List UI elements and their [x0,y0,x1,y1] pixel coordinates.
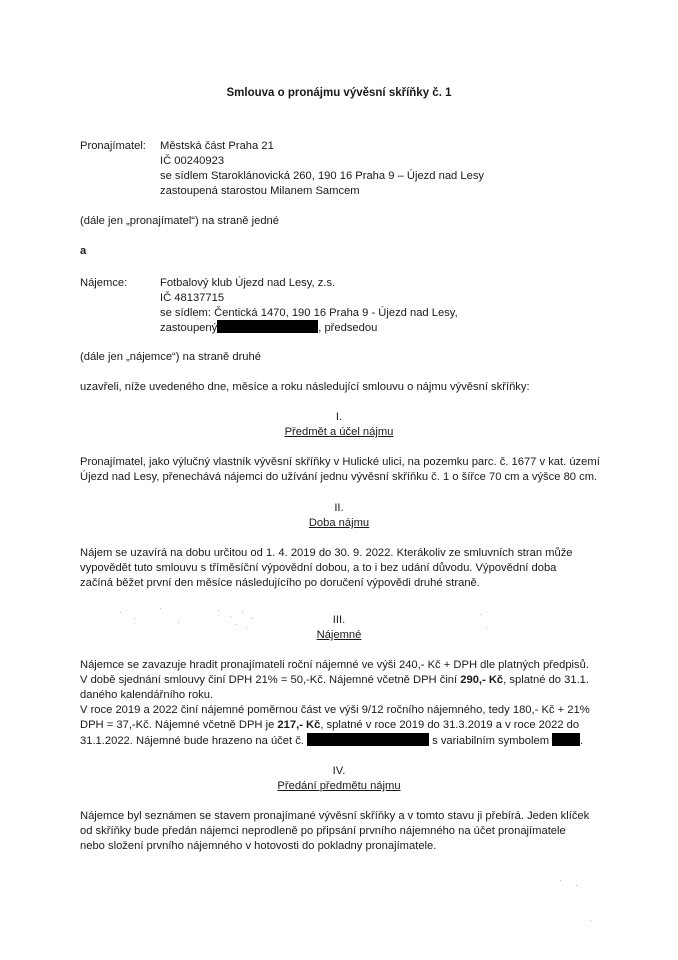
landlord-label: Pronajímatel: [80,139,146,153]
section-1-text-line-1: Pronajímatel, jako výlučný vlastník vývě… [80,455,600,469]
tenant-represented: zastoupený, předsedou [160,320,377,335]
section-4-text-line-1: Nájemce byl seznámen se stavem pronajíma… [80,809,589,823]
tenant-address: se sídlem: Čentická 1470, 190 16 Praha 9… [160,306,458,320]
landlord-name: Městská část Praha 21 [160,139,274,153]
landlord-ico: IČ 00240923 [160,154,224,168]
section-4-text-line-3: nebo složení prvního nájemného v hotovos… [80,839,436,853]
redacted-name [217,320,318,333]
and-separator: a [80,244,86,258]
section-3-p1-line-1: Nájemce se zavazuje hradit pronajímateli… [80,658,589,672]
section-3-p1-line-2: V době sjednání smlouvy činí DPH 21% = 5… [80,673,589,687]
tenant-note: (dále jen „nájemce“) na straně druhé [80,350,261,364]
section-3-p1-line-3: daného kalendářního roku. [80,688,213,702]
tenant-name: Fotbalový klub Újezd nad Lesy, z.s. [160,276,335,290]
landlord-note: (dále jen „pronajímatel“) na straně jedn… [80,214,279,228]
section-1-heading: Předmět a účel nájmu [0,425,678,439]
redacted-variable-symbol [552,733,580,746]
section-3-number: III. [0,613,678,627]
tenant-label: Nájemce: [80,276,127,290]
section-2-text-line-1: Nájem se uzavírá na dobu určitou od 1. 4… [80,546,573,560]
section-2-text-line-3: začíná běžet první den měsíce následujíc… [80,576,480,590]
section-2-number: II. [0,501,678,515]
section-2-text-line-2: vypovědět tuto smlouvu s tříměsíční výpo… [80,561,556,575]
tenant-represented-suffix: , předsedou [318,322,377,334]
section-3-p2-line-3: 31.1.2022. Nájemné bude hrazeno na účet … [80,733,583,748]
section-4-text-line-2: od skříňky bude předán nájemci neprodlen… [80,824,566,838]
section-1-text-line-2: Újezd nad Lesy, přenechává nájemci do už… [80,470,597,484]
landlord-represented: zastoupená starostou Milanem Samcem [160,184,360,198]
section-3-heading: Nájemné [0,628,678,642]
document-title: Smlouva o pronájmu vývěsní skříňky č. 1 [0,86,678,100]
intro-text: uzavřeli, níže uvedeného dne, měsíce a r… [80,380,530,394]
section-4-heading: Předání předmětu nájmu [0,779,678,793]
annual-rent-total: 290,- Kč [460,674,503,686]
tenant-ico: IČ 48137715 [160,291,224,305]
tenant-represented-prefix: zastoupený [160,322,217,334]
partial-rent-total: 217,- Kč [277,719,320,731]
section-1-number: I. [0,410,678,424]
section-3-p2-line-2: DPH = 37,-Kč. Nájemné včetně DPH je 217,… [80,718,579,732]
section-4-number: IV. [0,764,678,778]
landlord-address: se sídlem Staroklánovická 260, 190 16 Pr… [160,169,484,183]
section-3-p2-line-1: V roce 2019 a 2022 činí nájemné poměrnou… [80,703,590,717]
section-2-heading: Doba nájmu [0,516,678,530]
redacted-account-number [307,733,429,746]
